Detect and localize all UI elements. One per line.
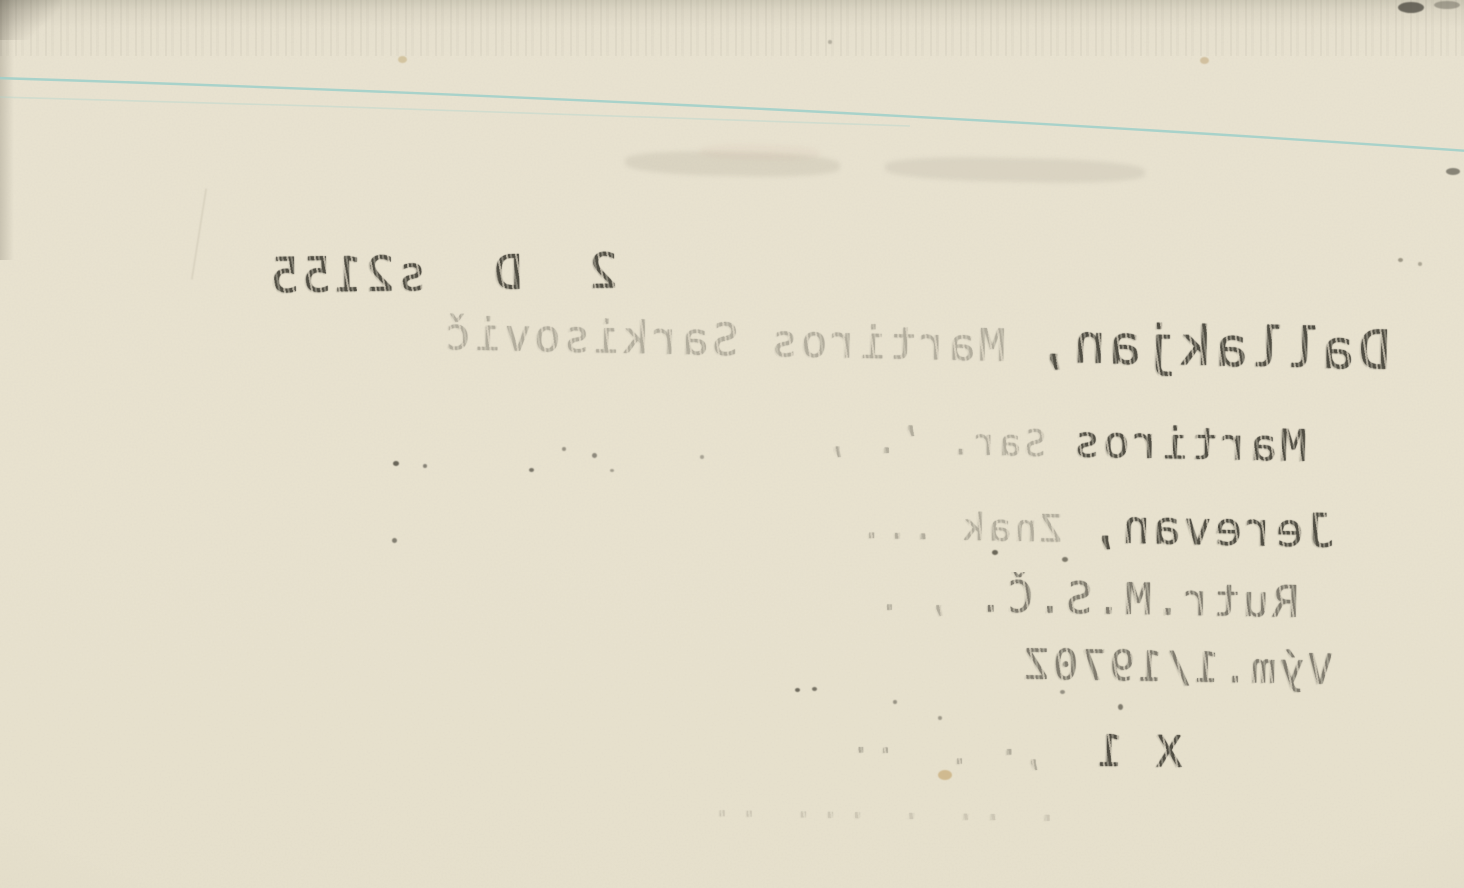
ink-speck	[592, 453, 597, 458]
edge-mark	[1398, 2, 1424, 13]
ink-speck	[392, 538, 397, 543]
paper-stain	[398, 56, 407, 63]
edge-mark	[1446, 168, 1460, 175]
edge-mark	[1434, 1, 1460, 9]
paper-stain	[1200, 57, 1209, 64]
top-left-corner-shadow	[0, 0, 60, 40]
ink-speck	[562, 447, 566, 451]
ink-speck	[700, 455, 704, 459]
ink-speck	[1398, 258, 1403, 262]
typewritten-segment: X 1	[1094, 726, 1183, 778]
ink-speck	[1418, 262, 1422, 266]
typewritten-line-mirrored: · ·· · ··· ··	[610, 744, 1060, 888]
ghost-smudge	[885, 155, 1145, 184]
scanned-card: 2 D s2155 Dallakjan, Martiros Sarkisovič…	[0, 0, 1464, 888]
ink-speck	[828, 40, 832, 44]
ink-speck	[610, 469, 614, 472]
typewritten-segment: · ·· · ··· ··	[707, 791, 1060, 842]
ink-speck	[393, 461, 399, 466]
ink-speck	[529, 468, 534, 472]
ghost-smudge	[700, 143, 820, 162]
ink-speck	[423, 464, 427, 468]
ghost-smudge	[625, 150, 840, 178]
scan-edge-streaks	[0, 0, 1464, 56]
